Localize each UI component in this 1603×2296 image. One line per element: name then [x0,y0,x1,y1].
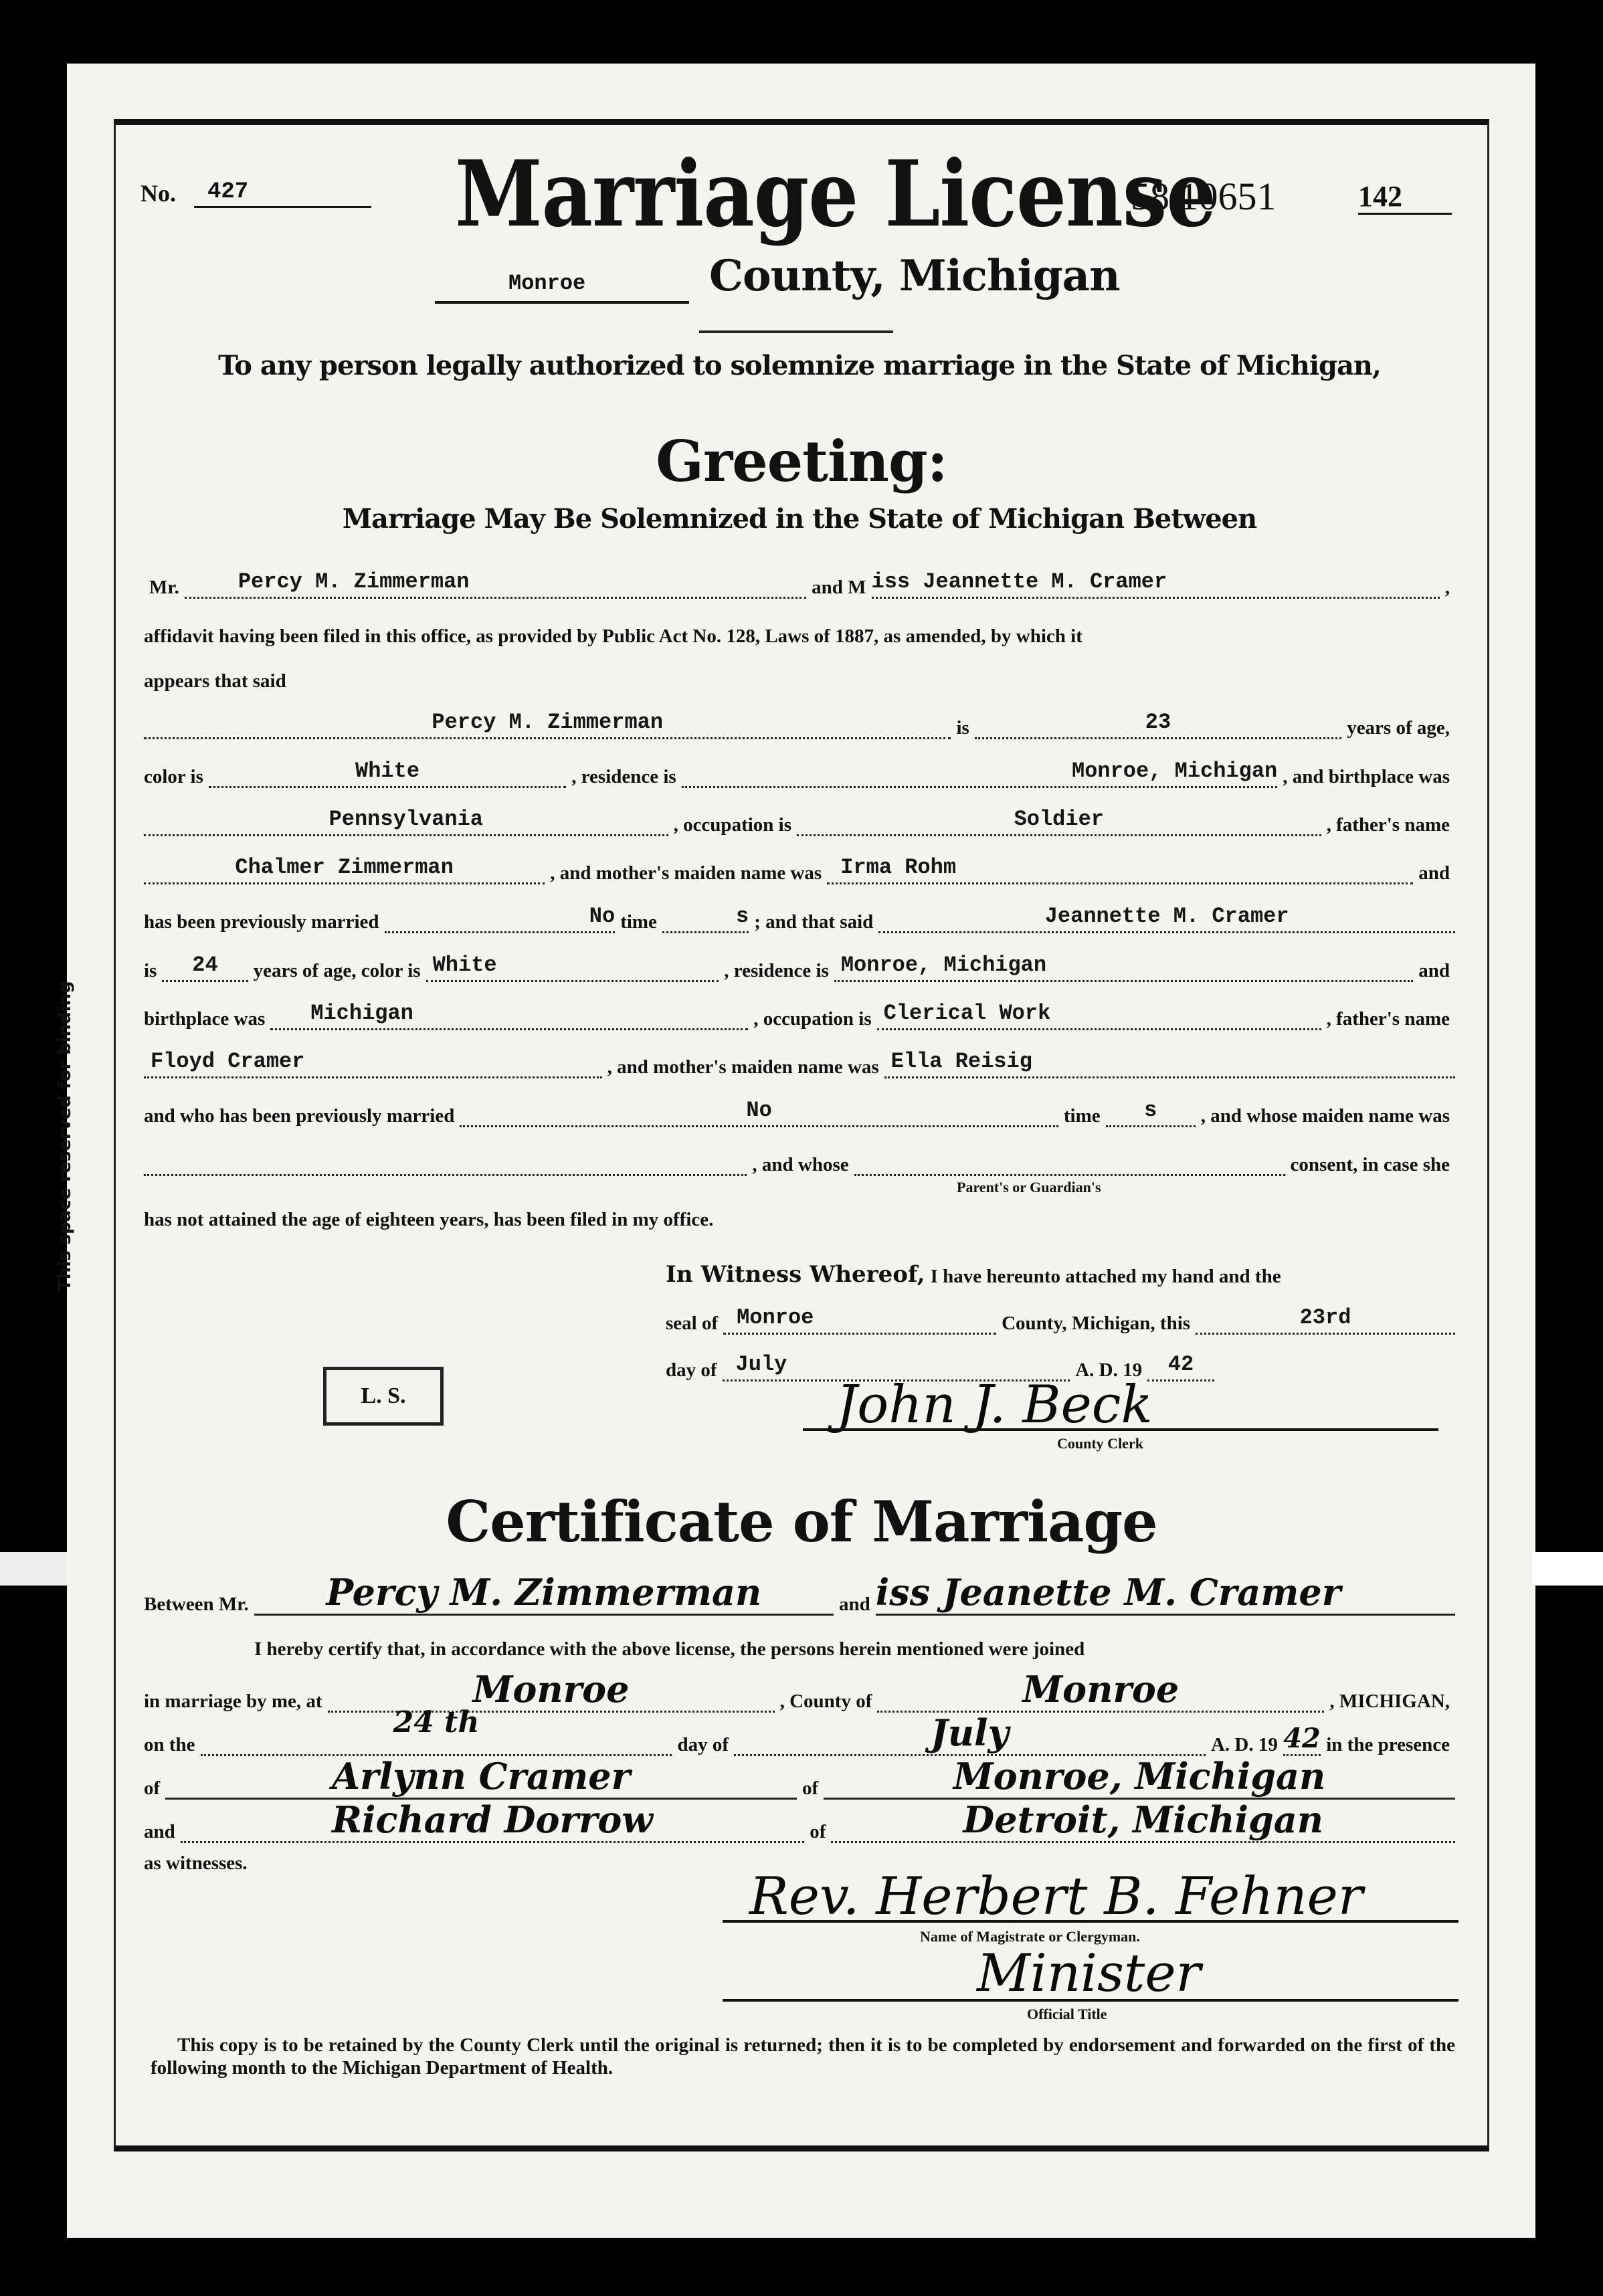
years-label: years of age, [1341,717,1455,739]
license-number-line [194,206,371,208]
groom-color-row: color is White , residence is Monroe, Mi… [144,755,1455,788]
not-attained-row: has not attained the age of eighteen yea… [144,1198,1455,1231]
county-line [435,301,689,304]
seal-row: seal of Monroe County, Michigan, this 23… [666,1301,1455,1335]
bride-father: Floyd Cramer [151,1049,304,1076]
occupation-label: , occupation is [668,814,797,836]
seal-county-field: Monroe [723,1299,996,1335]
cert-month: July [931,1711,1009,1754]
and-label: and [1413,862,1455,884]
official-title-value: Minister [977,1943,1201,2004]
scan-artifact-stripe [0,1552,67,1586]
certificate-title: Certificate of Marriage [0,1489,1603,1555]
cert-bride-name: iss Jeanette M. Cramer [876,1571,1341,1614]
issue-day: 23rd [1300,1305,1351,1333]
affidavit-text: affidavit having been filed in this offi… [144,626,1082,648]
bride-times-field: s [1106,1092,1196,1127]
between-label: Between Mr. [144,1594,254,1616]
groom-times-field: s [662,898,749,933]
groom-name-row: Percy M. Zimmerman is 23 years of age, [144,706,1455,739]
bride-age-row: is 24 years of age, color is White , res… [144,949,1455,982]
witness2-name: Richard Dorrow [332,1798,653,1841]
groom-times: s [736,904,749,931]
clerk-signature: John J. Beck [836,1375,1153,1435]
cert-date-row: on the 24 th day of July A. D. 19 42 in … [144,1709,1455,1756]
witness1-name-field: Arlynn Cramer [165,1751,797,1800]
is-label: is [144,960,162,982]
footer-note: This copy is to be retained by the Count… [151,2034,1455,2079]
bride-age: 24 [192,953,217,980]
bride-father-field: Floyd Cramer [144,1043,602,1078]
cert-place-row: in marriage by me, at Monroe , County of… [144,1666,1455,1713]
bride-name-field: iss Jeannette M. Cramer [872,563,1440,599]
groom-age-field: 23 [975,704,1341,739]
day-of-label: day of [666,1359,723,1381]
time-label: time [1058,1105,1106,1127]
cert-year: 42 [1283,1723,1321,1754]
witness2-name-field: Richard Dorrow [181,1794,805,1843]
issue-year: 42 [1168,1352,1194,1379]
parent-guardian-caption: Parent's or Guardian's [957,1179,1101,1196]
cert-county: Monroe [1022,1668,1179,1711]
time-label: time [615,911,662,933]
scan-artifact-stripe [1532,1552,1603,1586]
issue-day-field: 23rd [1196,1299,1455,1335]
is-label: is [951,717,974,739]
groom-occupation: Soldier [1014,807,1104,834]
witness1-name: Arlynn Cramer [332,1755,630,1798]
officiant-signature-line [723,1920,1458,1923]
maiden-name-label: , and whose maiden name was [1196,1105,1455,1127]
county-value: Monroe [508,271,585,296]
as-witnesses-label: as witnesses. [144,1852,248,1875]
consent-label: consent, in case she [1285,1154,1455,1176]
appears-text: appears that said [144,670,286,692]
witness-whereof-text: I have hereunto attached my hand and the [925,1266,1287,1288]
seal-box: L. S. [323,1367,444,1426]
bride-residence-field: Monroe, Michigan [834,947,1413,982]
cert-year-field: 42 [1283,1707,1321,1756]
residence-label: , residence is [719,960,834,982]
witness1-residence-field: Monroe, Michigan [824,1751,1455,1800]
binding-note: This space reserved for binding [55,981,75,1291]
bride-prev-married-row: and who has been previously married No t… [144,1094,1455,1127]
issue-month: July [736,1352,787,1379]
county-heading: County, Michigan [709,251,1120,301]
groom-birthplace-field: Pennsylvania [144,801,668,836]
bride-age-field: 24 [162,947,248,982]
divider-rule [699,330,893,333]
years-color-label: years of age, color is [248,960,426,982]
bride-name-field-2: Jeannette M. Cramer [878,898,1455,933]
witness1-row: of Arlynn Cramer of Monroe, Michigan [144,1753,1455,1800]
witness2-of-label: of [804,1821,831,1843]
document-title: Marriage License [455,140,1216,248]
bride-prev-married: No [746,1098,771,1125]
groom-father: Chalmer Zimmerman [235,855,453,882]
and-that-said-label: ; and that said [749,911,878,933]
issue-year-field: 42 [1147,1346,1214,1381]
official-title-line [723,1999,1458,2002]
solemnize-heading: Marriage May Be Solemnized in the State … [134,503,1465,535]
mr-label: Mr. [144,577,185,599]
cert-groom-name: Percy M. Zimmerman [326,1571,762,1614]
county-mid-label: County, Michigan, this [996,1313,1196,1335]
certify-text: I hereby certify that, in accordance wit… [254,1638,1085,1660]
seal-county: Monroe [737,1305,814,1333]
not-attained-text: has not attained the age of eighteen yea… [144,1209,713,1231]
groom-father-field: Chalmer Zimmerman [144,849,545,884]
between-row: Mr. Percy M. Zimmerman and M iss Jeannet… [144,565,1455,599]
affidavit-row: affidavit having been filed in this offi… [144,614,1455,648]
witness1-residence: Monroe, Michigan [953,1755,1325,1798]
prev-married-label: has been previously married [144,911,385,933]
bride-mother-field: Ella Reisig [884,1043,1455,1078]
witness-whereof-row: In Witness Whereof, I have hereunto atta… [666,1254,1455,1288]
mother-label: , and mother's maiden name was [602,1056,884,1078]
cert-place: Monroe [473,1668,630,1711]
consent-row: , and whose consent, in case she [144,1143,1455,1176]
bride-residence: Monroe, Michigan [841,953,1046,980]
groom-age: 23 [1145,710,1171,737]
and-label: and [1413,960,1455,982]
groom-full-name-field: Percy M. Zimmerman [144,704,951,739]
license-number-value: 427 [207,179,248,205]
groom-color-field: White [209,753,566,788]
groom-residence: Monroe, Michigan [1072,759,1277,786]
clerk-caption: County Clerk [1057,1435,1143,1452]
witness-whereof-heading: In Witness Whereof, [666,1261,925,1288]
cert-day: 24 th [393,1705,480,1754]
birthplace-label: , and birthplace was [1277,766,1455,788]
color-label: color is [144,766,209,788]
seal-of-label: seal of [666,1313,723,1335]
groom-parents-row: Chalmer Zimmerman , and mother's maiden … [144,851,1455,884]
groom-prev-married-row: has been previously married No time s ; … [144,900,1455,933]
groom-name-field: Percy M. Zimmerman [185,563,806,599]
occupation-label: , occupation is [748,1008,876,1030]
maiden-name-field [144,1141,747,1176]
cert-between-row: Between Mr. Percy M. Zimmerman and iss J… [144,1569,1455,1616]
bride-parents-row: Floyd Cramer , and mother's maiden name … [144,1045,1455,1078]
address-line: To any person legally authorized to sole… [187,348,1412,384]
serial-suffix: 142 [1358,179,1402,213]
groom-prev-married: No [589,904,615,931]
consent-field [854,1141,1285,1176]
bride-occupation-field: Clerical Work [877,995,1321,1030]
license-number-label: No. [140,179,176,207]
serial-line [1358,213,1452,215]
groom-occupation-field: Soldier [797,801,1321,836]
witness2-residence-field: Detroit, Michigan [831,1794,1455,1843]
bride-times: s [1144,1098,1157,1125]
and-label: and [144,1821,181,1843]
mother-label: , and mother's maiden name was [545,862,827,884]
bride-name: iss Jeannette M. Cramer [872,569,1167,597]
groom-mother: Irma Rohm [840,855,956,882]
groom-full-name: Percy M. Zimmerman [432,710,663,737]
cert-bride-field: iss Jeanette M. Cramer [876,1567,1455,1616]
bride-full-name: Jeannette M. Cramer [1045,904,1289,931]
and-whose-label: , and whose [747,1154,854,1176]
bride-occupation: Clerical Work [884,1001,1051,1028]
cert-groom-field: Percy M. Zimmerman [254,1567,834,1616]
groom-mother-field: Irma Rohm [827,849,1413,884]
bride-prev-married-field: No [460,1092,1058,1127]
comma: , [1440,577,1455,599]
cert-month-field: July [734,1707,1206,1756]
birthplace-label: birthplace was [144,1008,270,1030]
greeting-heading: Greeting: [0,428,1603,494]
witness2-row: and Richard Dorrow of Detroit, Michigan [144,1796,1455,1843]
certify-row: I hereby certify that, in accordance wit… [254,1627,1455,1660]
cert-county-field: Monroe [877,1664,1324,1713]
father-label: , father's name [1321,1008,1455,1030]
groom-residence-field: Monroe, Michigan [682,753,1278,788]
cert-day-field: 24 th [201,1707,672,1756]
groom-prev-married-field: No [385,898,616,933]
residence-label: , residence is [566,766,682,788]
and-label: and [834,1594,876,1616]
bride-birthplace: Michigan [310,1001,413,1028]
and-label: and M [806,577,871,599]
bride-color: White [433,953,497,980]
bride-birthplace-row: birthplace was Michigan , occupation is … [144,997,1455,1030]
bride-color-field: White [426,947,719,982]
bride-mother: Ella Reisig [891,1049,1032,1076]
groom-name: Percy M. Zimmerman [238,569,470,597]
officiant-signature: Rev. Herbert B. Fehner [749,1867,1363,1927]
prev-married-label: and who has been previously married [144,1105,460,1127]
clerk-signature-line [803,1428,1438,1431]
groom-birthplace: Pennsylvania [329,807,483,834]
appears-row: appears that said [144,659,1455,692]
groom-birthplace-row: Pennsylvania , occupation is Soldier , f… [144,803,1455,836]
official-title-caption: Official Title [1027,2006,1107,2023]
witness2-residence: Detroit, Michigan [963,1798,1323,1841]
groom-color: White [355,759,419,786]
serial-number: 58 10651 [1131,174,1277,219]
bride-birthplace-field: Michigan [270,995,748,1030]
father-label: , father's name [1321,814,1455,836]
